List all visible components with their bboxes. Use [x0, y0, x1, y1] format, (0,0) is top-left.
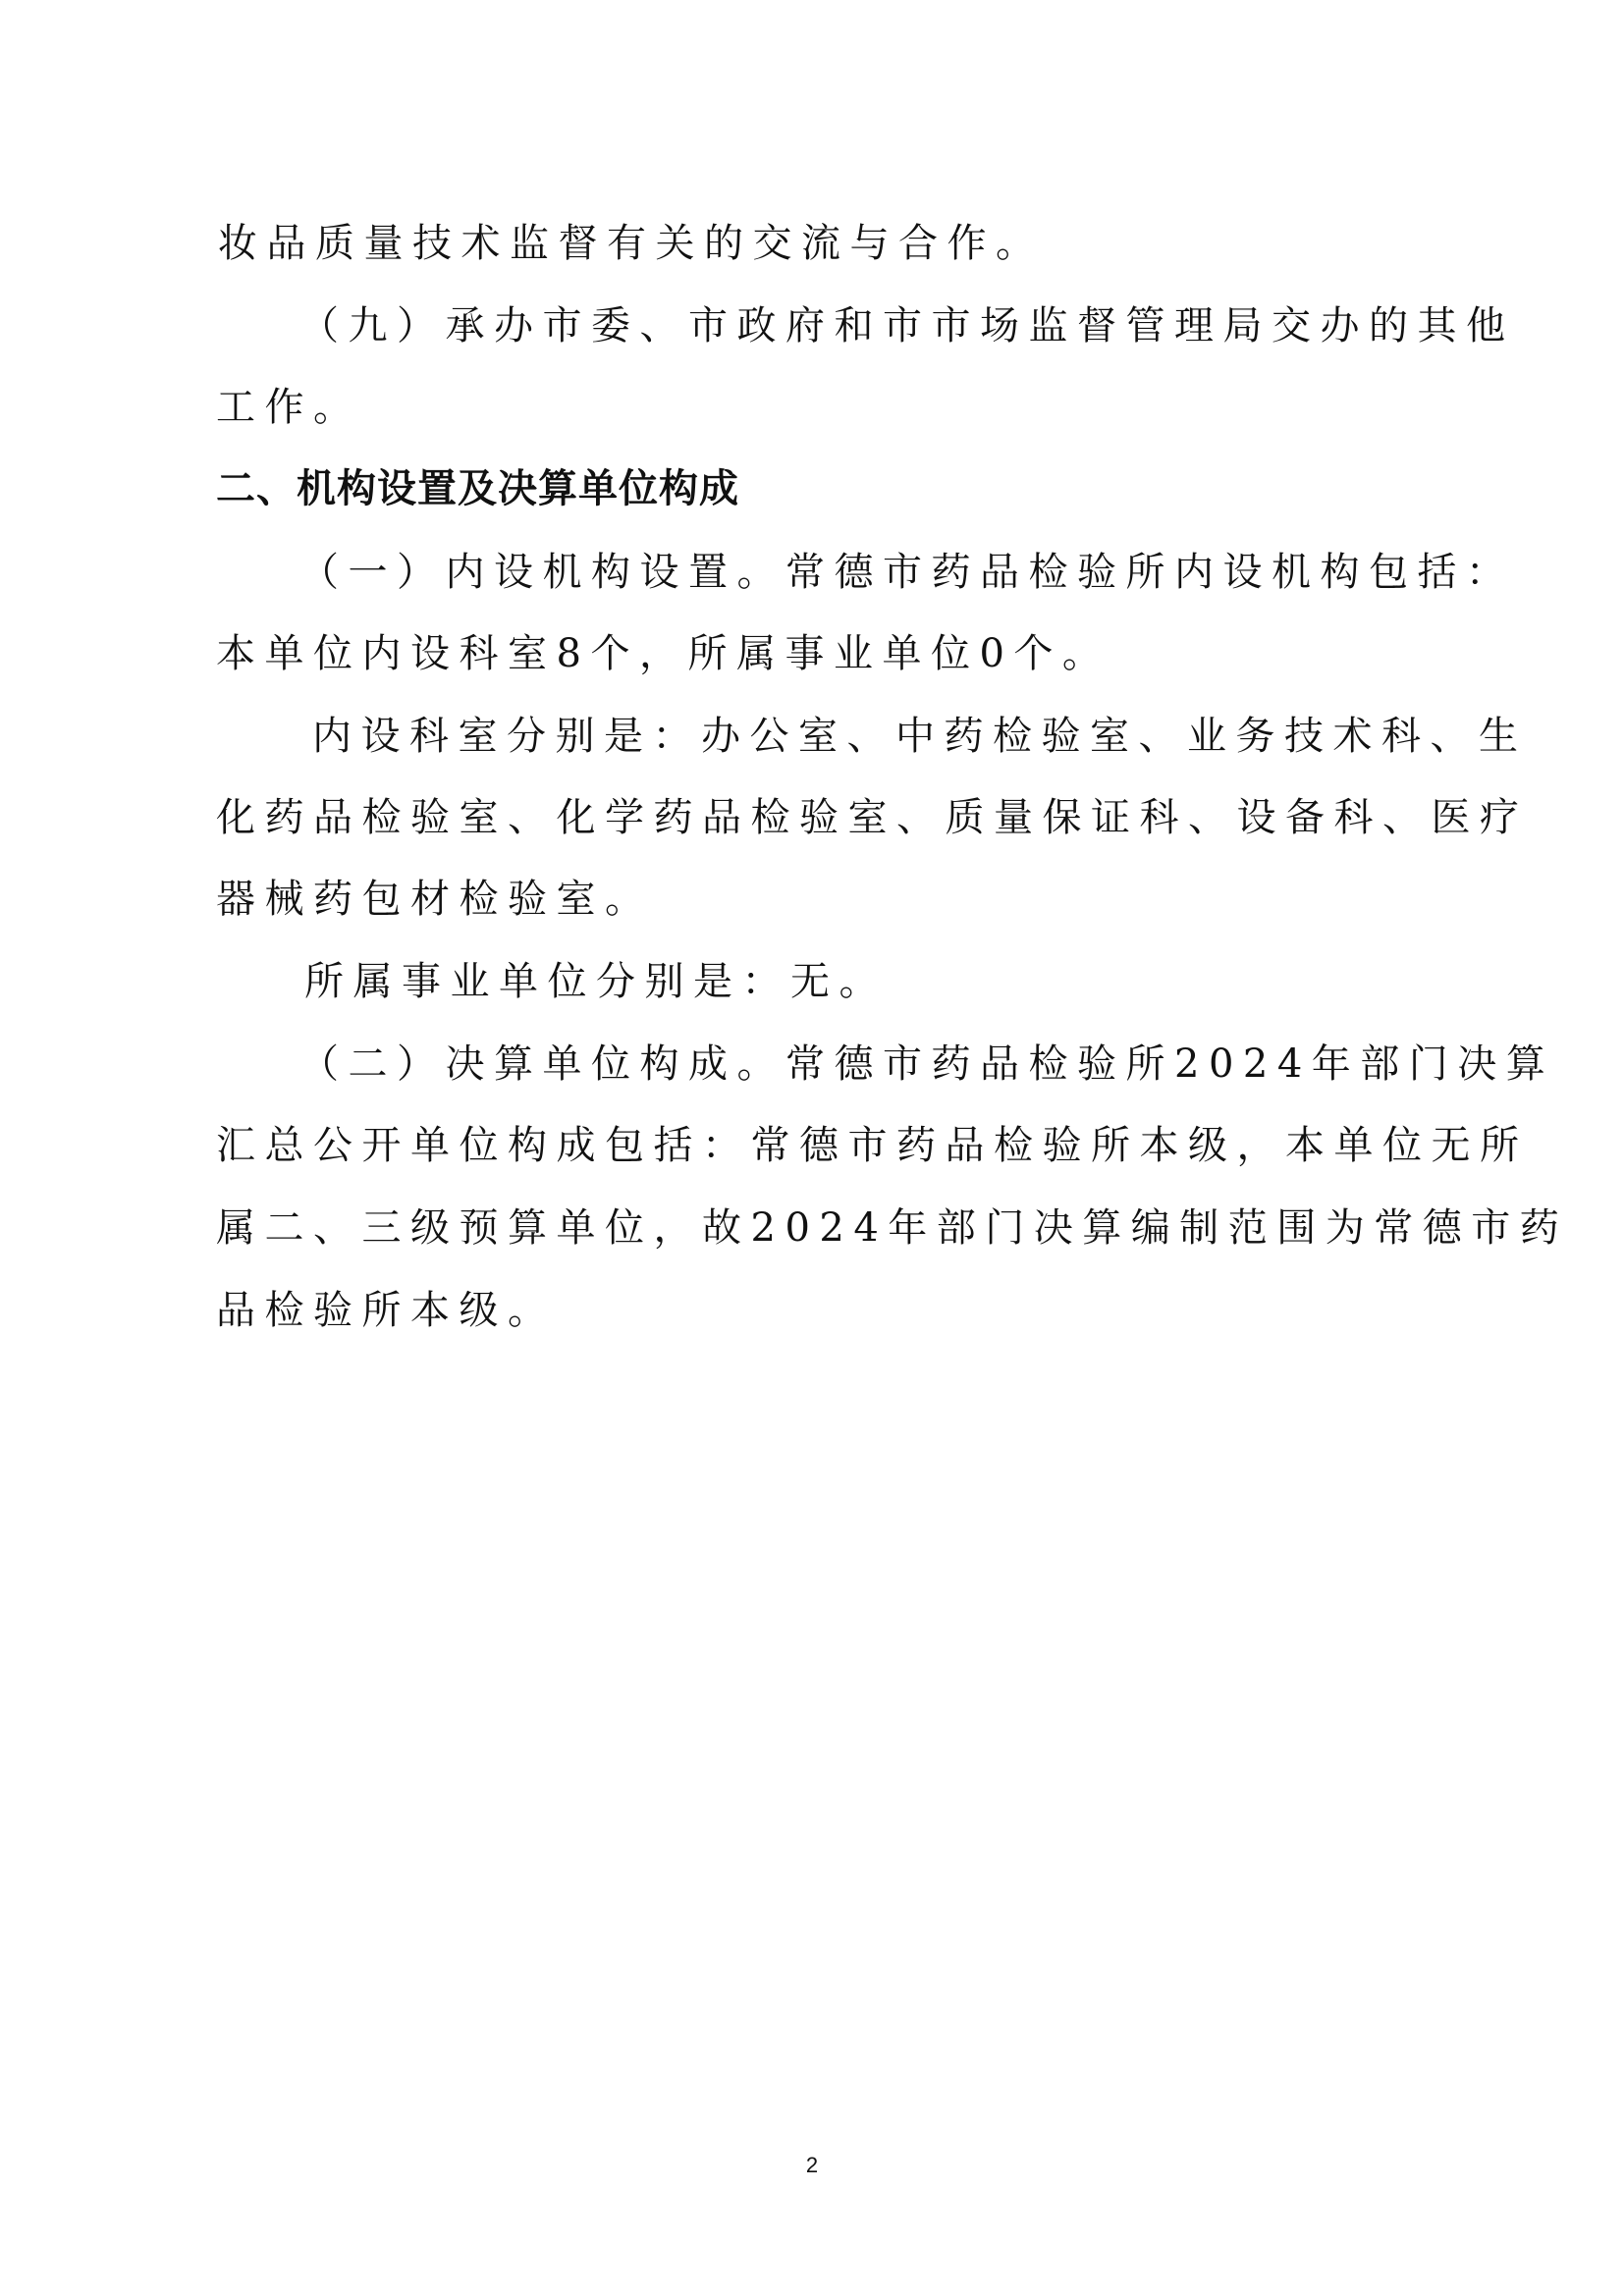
- paragraph-line: 品检验所本级。: [216, 1291, 557, 1330]
- paragraph-line: 化药品检验室、化学药品检验室、质量保证科、设备科、医疗: [216, 798, 1529, 837]
- paragraph-line: （二）决算单位构成。常德市药品检验所2024年部门决算: [299, 1044, 1554, 1084]
- paragraph-line: 内设科室分别是：办公室、中药检验室、业务技术科、生: [312, 717, 1528, 756]
- paragraph-line: 妆品质量技术监督有关的交流与合作。: [218, 224, 1045, 263]
- paragraph-line: 工作。: [216, 388, 362, 427]
- paragraph-line: 汇总公开单位构成包括：常德市药品检验所本级，本单位无所: [216, 1126, 1529, 1165]
- paragraph-line: 本单位内设科室8个，所属事业单位0个。: [216, 634, 1110, 673]
- paragraph-line: 所属事业单位分别是：无。: [304, 962, 888, 1001]
- paragraph-line: （九）承办市委、市政府和市市场监督管理局交办的其他: [299, 306, 1515, 346]
- document-page: 妆品质量技术监督有关的交流与合作。 （九）承办市委、市政府和市市场监督管理局交办…: [0, 0, 1624, 2296]
- section-heading: 二、机构设置及决算单位构成: [216, 469, 739, 508]
- paragraph-line: （一）内设机构设置。常德市药品检验所内设机构包括：: [299, 553, 1515, 592]
- paragraph-line: 属二、三级预算单位，故2024年部门决算编制范围为常德市药: [216, 1208, 1568, 1248]
- paragraph-line: 器械药包材检验室。: [216, 880, 654, 919]
- page-number: 2: [0, 2153, 1624, 2178]
